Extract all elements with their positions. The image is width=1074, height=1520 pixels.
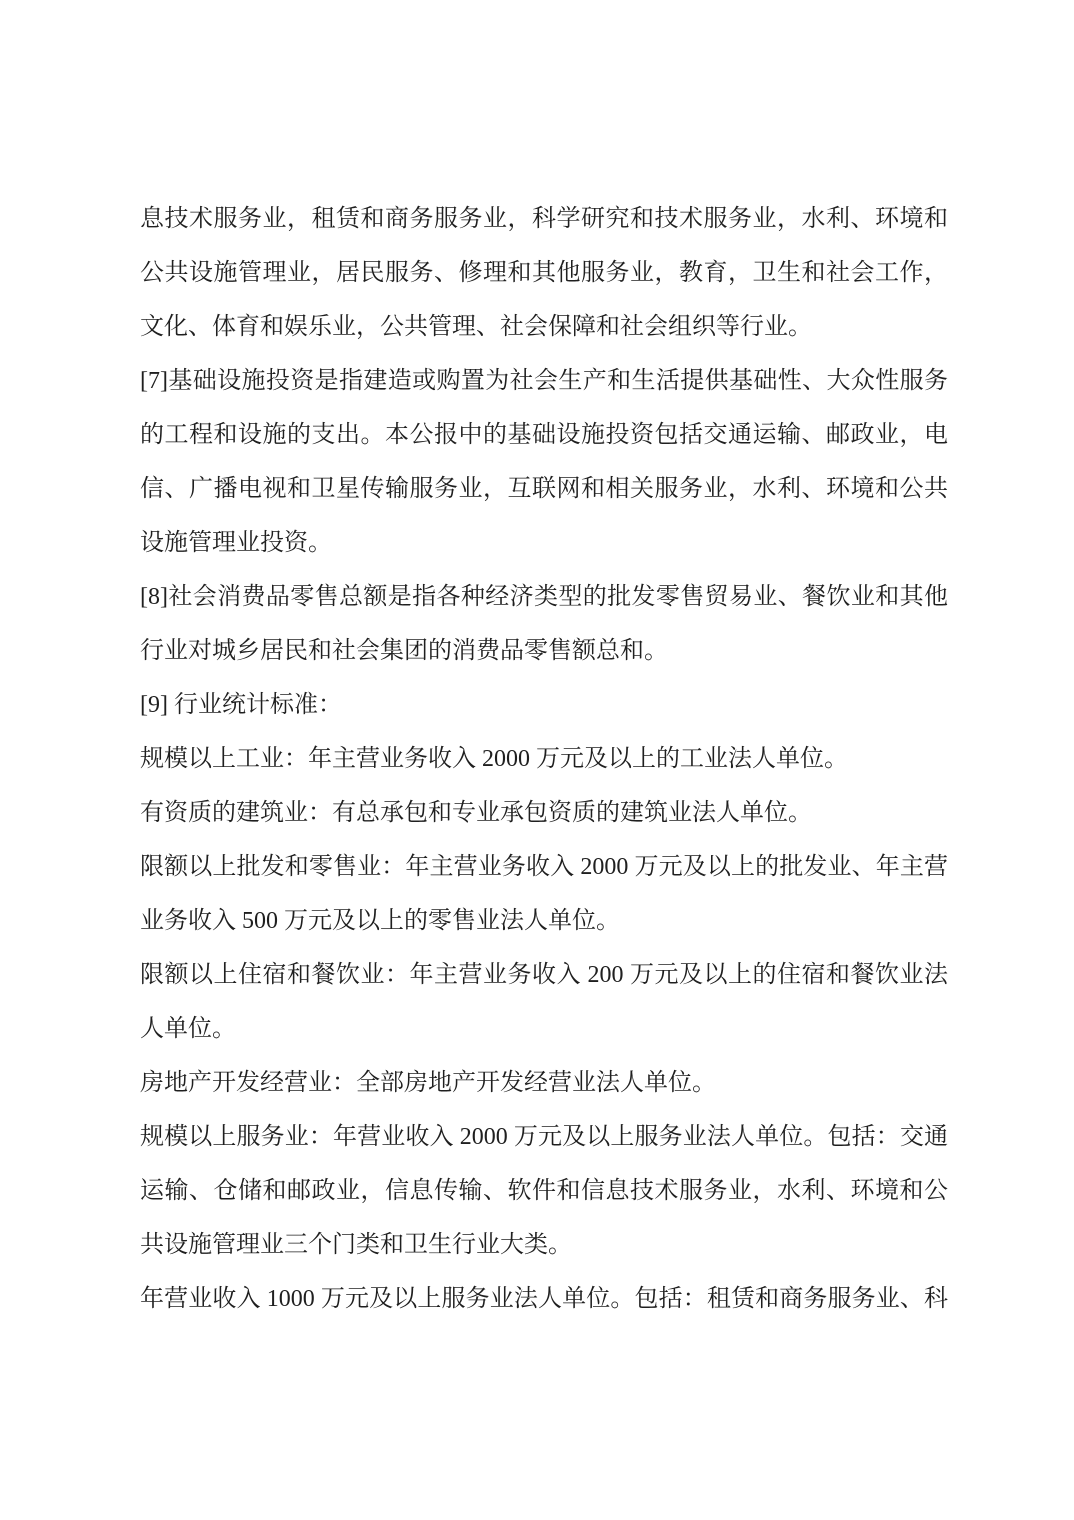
text-line: 房地产开发经营业：全部房地产开发经营业法人单位。 [140,1056,948,1110]
text-line: 规模以上工业：年主营业务收入 2000 万元及以上的工业法人单位。 [140,732,948,786]
text-line: [7]基础设施投资是指建造或购置为社会生产和生活提供基础性、大众性服务 [140,354,948,408]
text-line: 有资质的建筑业：有总承包和专业承包资质的建筑业法人单位。 [140,786,948,840]
text-line: 限额以上住宿和餐饮业：年主营业务收入 200 万元及以上的住宿和餐饮业法 [140,948,948,1002]
text-line: 设施管理业投资。 [140,516,948,570]
text-line: 规模以上服务业：年营业收入 2000 万元及以上服务业法人单位。包括：交通 [140,1110,948,1164]
text-line: 限额以上批发和零售业：年主营业务收入 2000 万元及以上的批发业、年主营 [140,840,948,894]
text-line: [8]社会消费品零售总额是指各种经济类型的批发零售贸易业、餐饮业和其他 [140,570,948,624]
text-line: 信、广播电视和卫星传输服务业，互联网和相关服务业，水利、环境和公共 [140,462,948,516]
text-line: 息技术服务业，租赁和商务服务业，科学研究和技术服务业，水利、环境和 [140,192,948,246]
text-line: 公共设施管理业，居民服务、修理和其他服务业，教育，卫生和社会工作， [140,246,948,300]
text-line: 文化、体育和娱乐业，公共管理、社会保障和社会组织等行业。 [140,300,948,354]
document-text-block: 息技术服务业，租赁和商务服务业，科学研究和技术服务业，水利、环境和公共设施管理业… [140,192,948,1326]
document-page: 息技术服务业，租赁和商务服务业，科学研究和技术服务业，水利、环境和公共设施管理业… [0,0,1074,1520]
text-line: 运输、仓储和邮政业，信息传输、软件和信息技术服务业，水利、环境和公 [140,1164,948,1218]
text-line: 人单位。 [140,1002,948,1056]
text-line: 年营业收入 1000 万元及以上服务业法人单位。包括：租赁和商务服务业、科 [140,1272,948,1326]
text-line: [9] 行业统计标准： [140,678,948,732]
text-line: 行业对城乡居民和社会集团的消费品零售额总和。 [140,624,948,678]
text-line: 的工程和设施的支出。本公报中的基础设施投资包括交通运输、邮政业，电 [140,408,948,462]
text-line: 共设施管理业三个门类和卫生行业大类。 [140,1218,948,1272]
text-line: 业务收入 500 万元及以上的零售业法人单位。 [140,894,948,948]
